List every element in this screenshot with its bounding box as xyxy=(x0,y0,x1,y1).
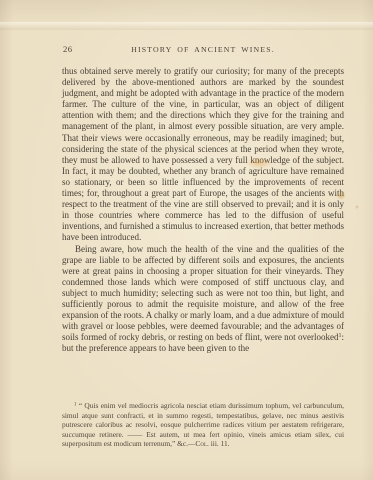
footnote-source-detail: iii. 11. xyxy=(209,439,230,448)
paragraph-1: thus obtained serve merely to gratify ou… xyxy=(62,66,344,244)
paragraph-2: Being aware, how much the health of the … xyxy=(62,244,344,355)
footnote: 1 “ Quis enim vel mediocris agricola nes… xyxy=(62,401,344,449)
paragraph-2-text: Being aware, how much the health of the … xyxy=(62,244,344,343)
footnote-source: Col. xyxy=(195,439,208,448)
running-title: HISTORY OF ANCIENT WINES. xyxy=(62,45,344,54)
running-header: 26 HISTORY OF ANCIENT WINES. xyxy=(62,44,344,56)
scan-crease xyxy=(0,22,373,30)
foxing-speck-small xyxy=(355,205,359,209)
footnote-marker: 1 xyxy=(74,403,77,408)
book-page: 26 HISTORY OF ANCIENT WINES. thus obtain… xyxy=(0,0,373,480)
body-text: thus obtained serve merely to gratify ou… xyxy=(62,66,344,354)
